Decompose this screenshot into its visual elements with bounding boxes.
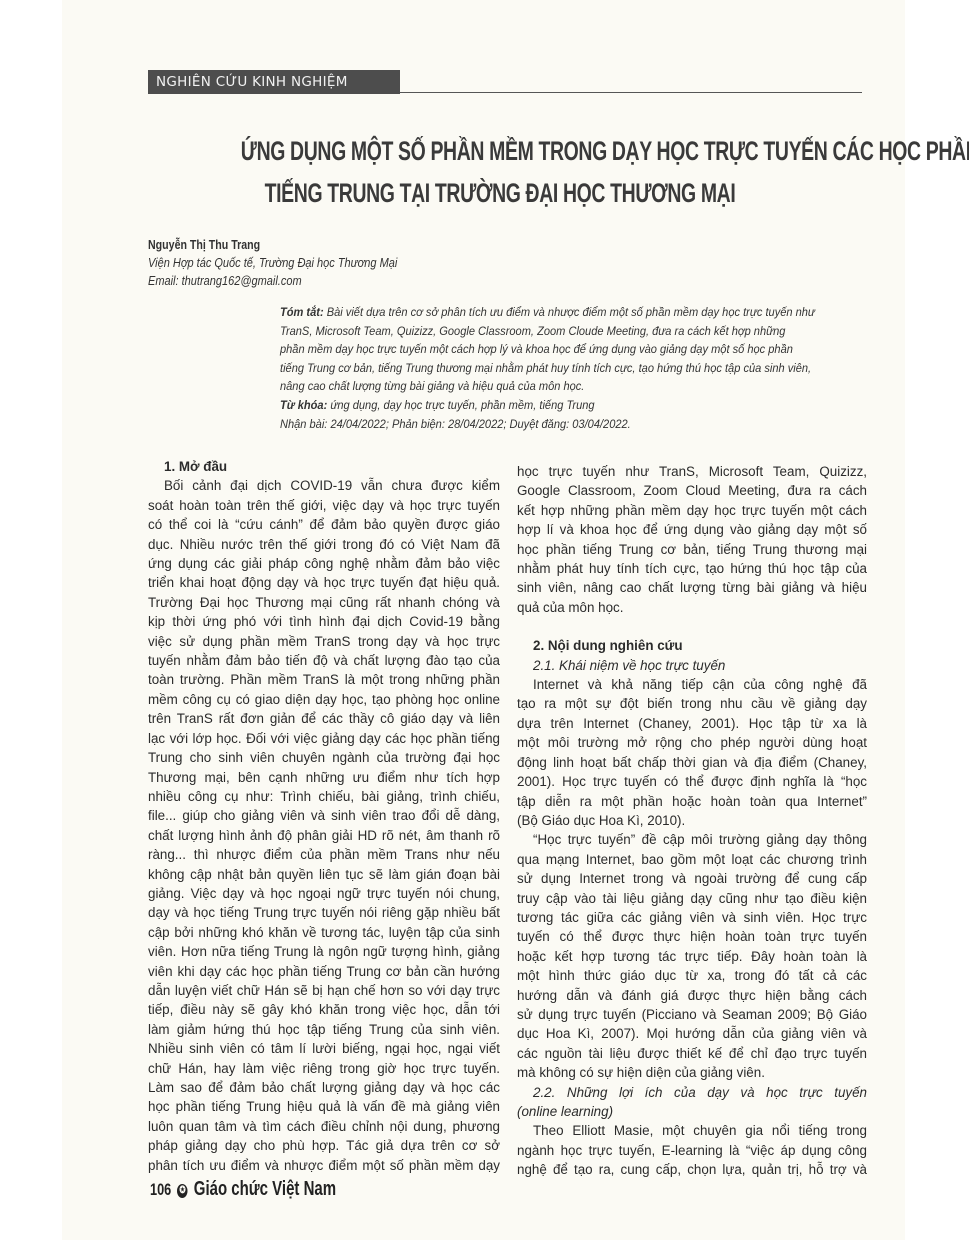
body-line: Trường Đại học Thương mại cũng rất nhanh…	[148, 593, 500, 612]
body-line: Nhiều sinh viên có tâm lí lười biếng, ng…	[148, 1039, 500, 1058]
body-line: (Bộ Giáo dục Hoa Kì, 2010).	[517, 811, 867, 830]
body-line: viên. Hơn nữa tiếng Trung là ngôn ngữ tư…	[148, 942, 500, 961]
body-line: Trung cho sinh viên chuyên ngành của trư…	[148, 748, 500, 767]
body-line: pháp giảng dạy cho phù hợp. Tác giả dựa …	[148, 1136, 500, 1155]
body-line: Theo Elliott Masie, một chuyên gia nổi t…	[517, 1121, 867, 1140]
subheading-2-1: 2.1. Khái niệm về học trực tuyến	[517, 656, 867, 675]
body-line: một môi trường mở rộng cho phép người dù…	[517, 733, 867, 752]
body-line: hợp lí và khoa học để ứng dụng vào giảng…	[517, 520, 867, 539]
abstract-line: Tóm tắt: Bài viết dựa trên cơ sở phân tí…	[280, 303, 820, 322]
body-line: 2001). Học trực tuyến có thể được định n…	[517, 772, 867, 791]
author-block: Nguyễn Thị Thu Trang Viện Hợp tác Quốc t…	[148, 236, 431, 290]
body-line: phân tích ưu điểm và nhược điểm một số p…	[148, 1156, 500, 1175]
body-line: Bối cảnh đại dịch COVID-19 vẫn chưa được…	[148, 476, 500, 495]
subheading-2-2-cont: (online learning)	[517, 1102, 867, 1121]
section-heading-intro: 1. Mở đầu	[148, 457, 500, 476]
body-line: Google Classroom, Zoom Cloud Meeting, đư…	[517, 481, 867, 500]
body-line: triển khai hoạt động dạy và học trực tuy…	[148, 573, 500, 592]
body-line: tập diễn ra một phần hoặc hoàn toàn qua …	[517, 792, 867, 811]
body-line: việc sử dụng phần mềm TranS trong dạy và…	[148, 632, 500, 651]
body-line: “Học trực tuyến” đề cập môi trường giảng…	[517, 830, 867, 849]
body-line: dục. Nhiều nước trên thế giới trong đó c…	[148, 535, 500, 554]
page-number: 106	[150, 1180, 171, 1199]
body-line: Thương mại, bên cạnh những ưu điểm như t…	[148, 768, 500, 787]
body-line: tuyến nhằm đảm bảo tiến độ và chất lượng…	[148, 651, 500, 670]
keywords-line: Từ khóa: ứng dụng, dạy học trực tuyến, p…	[280, 396, 820, 415]
body-line: dạy và học tiếng Trung trực tuyến nói ri…	[148, 903, 500, 922]
section-label: NGHIÊN CỨU KINH NGHIỆM	[148, 70, 400, 94]
author-email: Email: thutrang162@gmail.com	[148, 272, 397, 290]
abstract-line: phần mềm dạy học trực tuyến một cách hợp…	[280, 340, 820, 359]
body-line: nhiều công cụ như: Trình chiếu, bài giản…	[148, 787, 500, 806]
body-line: truy cập vào tài liệu giảng dạy cũng như…	[517, 889, 867, 908]
body-line: dựa trên Internet (Chaney, 2001). Học tậ…	[517, 714, 867, 733]
section-heading-research: 2. Nội dung nghiên cứu	[517, 636, 867, 655]
keywords-label: Từ khóa:	[280, 398, 327, 412]
body-line: kết hợp những phần mềm dạy học trực tuyế…	[517, 501, 867, 520]
title-line-1: ỨNG DỤNG MỘT SỐ PHẦN MỀM TRONG DẠY HỌC T…	[241, 130, 759, 172]
body-line: học trực tuyến như TranS, Microsoft Team…	[517, 462, 867, 481]
body-line: toàn trường. Phần mềm TranS là một trong…	[148, 670, 500, 689]
body-line: dẫn luyện viết chữ Hán sẽ bị hạn chế hơn…	[148, 981, 500, 1000]
body-line: tuyến có thể được thực hiện hoàn toàn tr…	[517, 927, 867, 946]
body-line: kịp thời ứng phó với tình hình đại dịch …	[148, 612, 500, 631]
abstract-block: Tóm tắt: Bài viết dựa trên cơ sở phân tí…	[280, 303, 880, 433]
abstract-line: tiếng Trung cơ bản, tiếng Trung thương m…	[280, 359, 820, 378]
body-line: tạo ra một sự đột biến trong nhu cầu về …	[517, 694, 867, 713]
body-line: nhằm phát huy tính tích cực, tạo hứng th…	[517, 559, 867, 578]
body-line: Internet và khả năng tiếp cận của công n…	[517, 675, 867, 694]
body-line: quả của môn học.	[517, 598, 867, 617]
body-line: các nguồn tài liệu được thiết kế để chỉ …	[517, 1044, 867, 1063]
body-line: ứng dụng các giải pháp công nghệ nhằm đả…	[148, 554, 500, 573]
body-line: file... giúp cho giảng viên và sinh viên…	[148, 806, 500, 825]
star-separator-icon: ✪	[177, 1184, 188, 1198]
body-line: tương tác giữa các giảng viên và sinh vi…	[517, 908, 867, 927]
body-line: cập bởi những khó khăn về tương tác, luy…	[148, 923, 500, 942]
body-line: học phần tiếng Trung cơ bản, tiếng Trung…	[517, 540, 867, 559]
header-rule-divider	[400, 92, 862, 93]
body-line: dục Hoa Kì, 2007). Mọi hướng dẫn của giả…	[517, 1024, 867, 1043]
body-line: Làm sao để đảm bảo chất lượng giảng dạy …	[148, 1078, 500, 1097]
body-line: ngành học trực tuyến, E-learning là “việ…	[517, 1141, 867, 1160]
body-line: hoặc kết hợp tương tác trực tiếp. Đây ho…	[517, 947, 867, 966]
body-line: có thể coi là “cứu cánh” để đảm bảo quyề…	[148, 515, 500, 534]
submission-dates: Nhận bài: 24/04/2022; Phản biện: 28/04/2…	[280, 415, 820, 434]
article-title: ỨNG DỤNG MỘT SỐ PHẦN MỀM TRONG DẠY HỌC T…	[241, 130, 759, 214]
body-line: soát hoàn toàn trên thế giới, việc dạy v…	[148, 496, 500, 515]
body-line: sử dụng Internet trong và ngoài trường đ…	[517, 869, 867, 888]
page-footer: 106✪Giáo chức Việt Nam	[150, 1177, 336, 1202]
body-line: mà không có sự hiện diện của giảng viên.	[517, 1063, 867, 1082]
body-line: làm giảm hứng thú học tập tiếng Trung củ…	[148, 1020, 500, 1039]
author-name: Nguyễn Thị Thu Trang	[148, 236, 389, 254]
body-line: động linh hoạt bất chấp thời gian và địa…	[517, 753, 867, 772]
author-affiliation: Viện Hợp tác Quốc tế, Trường Đại học Thư…	[148, 254, 397, 272]
title-line-2: TIẾNG TRUNG TẠI TRƯỜNG ĐẠI HỌC THƯƠNG MẠ…	[241, 172, 759, 214]
body-line: học phần tiếng Trung hiệu quả là vấn đề …	[148, 1097, 500, 1116]
body-line: qua mạng Internet, bao gồm một loạt các …	[517, 850, 867, 869]
body-line: sử dụng trực tuyến (Picciano và Seaman 2…	[517, 1005, 867, 1024]
body-line: tiếp, điều này sẽ gây khó khăn trong việ…	[148, 1000, 500, 1019]
body-line: ràng... thì nhược điểm của phần mềm Tran…	[148, 845, 500, 864]
abstract-line: TranS, Microsoft Team, Quizizz, Google C…	[280, 322, 820, 341]
right-column: học trực tuyến như TranS, Microsoft Team…	[517, 462, 867, 1180]
body-line: chữ Hán, hay làm việc riêng trong giờ họ…	[148, 1059, 500, 1078]
body-line: trên TranS rất đơn giản để các thầy cô g…	[148, 709, 500, 728]
journal-name: Giáo chức Việt Nam	[194, 1178, 336, 1200]
body-line: sinh viên, nâng cao chất lượng từng bài …	[517, 578, 867, 597]
left-column: 1. Mở đầu Bối cảnh đại dịch COVID-19 vẫn…	[148, 457, 500, 1175]
body-line: lạc với lớp học. Đối với việc giảng dạy …	[148, 729, 500, 748]
body-line: luôn quan tâm và tìm cách điều chỉnh nội…	[148, 1117, 500, 1136]
body-line: chất lượng hình ảnh độ phân giải HD rõ n…	[148, 826, 500, 845]
body-line: giảng. Việc dạy và học ngoại ngữ trực tu…	[148, 884, 500, 903]
body-line: một hình thức giáo dục từ xa, trong đó t…	[517, 966, 867, 985]
keywords-text: ứng dụng, dạy học trực tuyến, phần mềm, …	[327, 398, 594, 412]
body-line: hướng dẫn và đánh giá được thực hiện bằn…	[517, 986, 867, 1005]
abstract-line: nâng cao chất lượng từng bài giảng và hi…	[280, 377, 820, 396]
body-line: nghệ để tạo ra, cung cấp, chọn lựa, quản…	[517, 1160, 867, 1179]
body-line: viên khi dạy các học phần tiếng Trung cơ…	[148, 962, 500, 981]
abstract-label: Tóm tắt:	[280, 305, 324, 319]
subheading-2-2: 2.2. Những lợi ích của dạy và học trực t…	[517, 1083, 867, 1102]
body-line: mềm công cụ có giao diện dạy học, tạo ph…	[148, 690, 500, 709]
body-line: không cập nhật bản quyền liên tục sẽ làm…	[148, 865, 500, 884]
